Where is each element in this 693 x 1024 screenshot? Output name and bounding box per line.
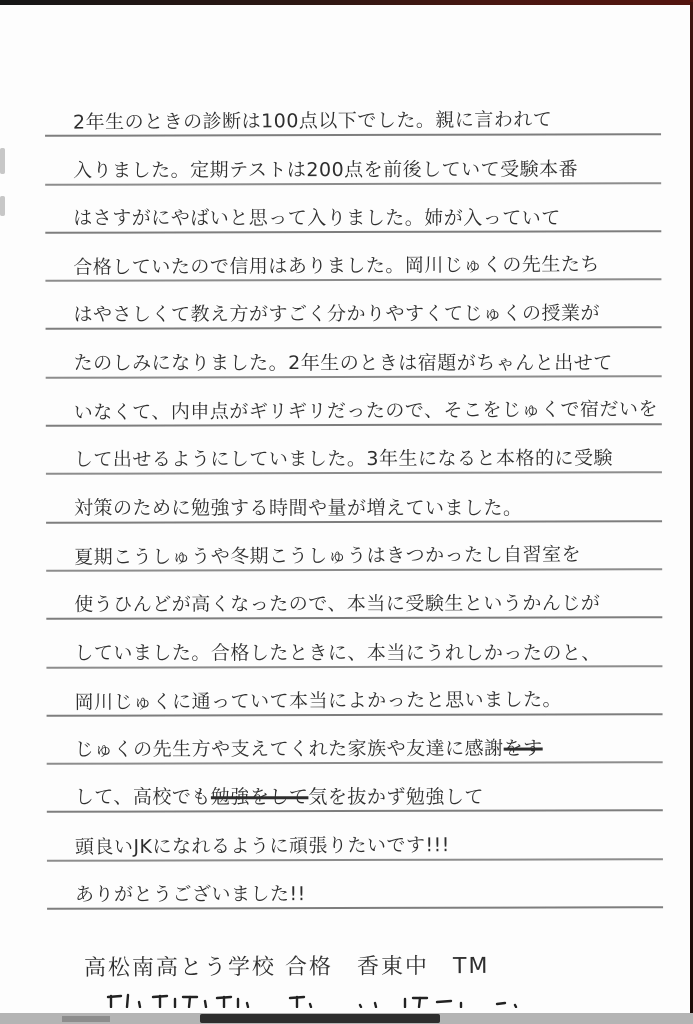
scan-left-smudge (0, 196, 5, 216)
line-text: 合格していたので信用はありました。岡川じゅくの先生たち (73, 254, 600, 279)
scan-band-smudge (200, 1014, 440, 1023)
line-text: 岡川じゅくに通っていて本当によかったと思いました。 (74, 688, 562, 713)
letter-line: して、高校でも勉強をして気を抜かず勉強して (47, 763, 663, 813)
scanned-letter-page: 2年生のときの診断は100点以下でした。親に言われて 入りました。定期テストは2… (0, 0, 693, 1024)
line-text: いなくて、内申点がギリギリだったので、そこをじゅくで宿だいを (74, 398, 658, 424)
letter-line: 合格していたので信用はありました。岡川じゅくの先生たち (45, 232, 661, 282)
letter-line: 対策のために勉強する時間や量が増えていました。 (46, 474, 662, 524)
line-text: 入りました。定期テストは200点を前後していて受験本番 (73, 158, 578, 181)
struck-text: をす (504, 738, 543, 760)
line-text: していました。合格したときに、本当にうれしかったのと、 (74, 642, 601, 664)
struck-text: 勉強をして (211, 787, 309, 809)
letter-line: ありがとうございました!! (47, 860, 663, 910)
letter-line: たのしみになりました。2年生のときは宿題がちゃんと出せて (46, 329, 662, 379)
letter-line: 使うひんどが高くなったので、本当に受験生というかんじが (46, 570, 662, 620)
line-text: 使うひんどが高くなったので、本当に受験生というかんじが (74, 593, 600, 616)
line-text: 頭良いJKになれるように頑張りたいです!!! (75, 834, 450, 858)
line-text: して出せるようにしていました。3年生になると本格的に受験 (74, 448, 613, 471)
line-text: ありがとうございました!! (75, 883, 306, 906)
line-text: はやさしくて教え方がすごく分かりやすくてじゅくの授業が (73, 303, 600, 326)
letter-line: していました。合格したときに、本当にうれしかったのと、 (46, 618, 662, 668)
scan-top-edge (0, 0, 693, 5)
letter-line: いなくて、内申点がギリギリだったので、そこをじゅくで宿だいを (46, 377, 662, 427)
letter-line: 2年生のときの診断は100点以下でした。親に言われて (45, 87, 661, 137)
letter-line: して出せるようにしていました。3年生になると本格的に受験 (46, 425, 662, 475)
scan-band-smudge (62, 1016, 110, 1022)
letter-line: 入りました。定期テストは200点を前後していて受験本番 (45, 135, 661, 185)
line-text: して、高校でも (75, 787, 211, 809)
scan-left-smudge (0, 148, 5, 174)
letter-line: じゅくの先生方や支えてくれた家族や友達に感謝をす (47, 715, 663, 765)
letter-line: はさすがにやばいと思って入りました。姉が入っていて (45, 184, 661, 234)
line-text: たのしみになりました。2年生のときは宿題がちゃんと出せて (74, 352, 613, 374)
line-text: はさすがにやばいと思って入りました。姉が入っていて (73, 207, 561, 229)
cutoff-handwriting-artifact (105, 993, 525, 1008)
line-text: じゅくの先生方や支えてくれた家族や友達に感謝 (75, 738, 504, 761)
letter-line: 夏期こうしゅうや冬期こうしゅうはきつかったし自習室を (46, 522, 662, 572)
line-text: 2年生のときの診断は100点以下でした。親に言われて (73, 109, 552, 134)
letter-line: 岡川じゅくに通っていて本当によかったと思いました。 (46, 667, 662, 717)
line-text: 対策のために勉強する時間や量が増えていました。 (74, 497, 523, 519)
line-text: 夏期こうしゅうや冬期こうしゅうはきつかったし自習室を (74, 543, 581, 568)
letter-line: はやさしくて教え方がすごく分かりやすくてじゅくの授業が (45, 280, 661, 330)
line-text: 気を抜かず勉強して (308, 787, 484, 809)
letter-body: 2年生のときの診断は100点以下でした。親に言われて 入りました。定期テストは2… (45, 87, 663, 910)
letter-line: 頭良いJKになれるように頑張りたいです!!! (47, 812, 663, 862)
signature-line: 高松南高とう学校 合格 香東中 TM (84, 949, 490, 982)
scan-bottom-band (0, 1013, 693, 1024)
